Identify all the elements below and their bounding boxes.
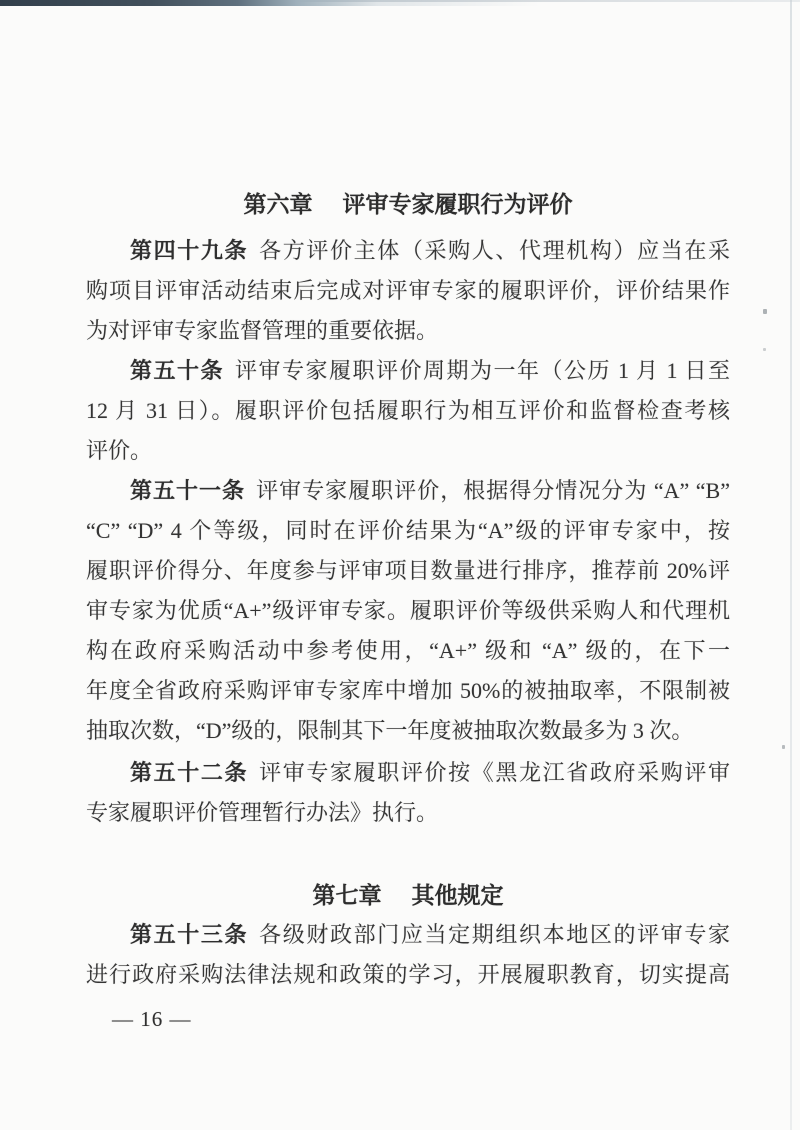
chapter-heading-7: 第七章其他规定 xyxy=(86,875,730,915)
scan-top-shadow-band xyxy=(0,0,540,6)
text-line: 第四十九条各方评价主体（采购人、代理机构）应当在采 xyxy=(86,231,730,271)
text-line: 年度全省政府采购评审专家库中增加 50%的被抽取率，不限制被 xyxy=(86,671,730,711)
article-text: 各方评价主体（采购人、代理机构）应当在采 xyxy=(259,238,730,263)
text-line: 为对评审专家监督管理的重要依据。 xyxy=(86,311,730,351)
chapter-title: 其他规定 xyxy=(412,882,504,908)
text-line: 构在政府采购活动中参考使用，“A+” 级和 “A” 级的，在下一 xyxy=(86,631,730,671)
article-number: 第五十二条 xyxy=(130,760,248,785)
text-line: 12 月 31 日）。履职评价包括履职行为相互评价和监督检查考核 xyxy=(86,391,730,431)
article-text: 评审专家履职评价周期为一年（公历 1 月 1 日至 xyxy=(235,358,730,383)
text-line: 评价。 xyxy=(86,431,730,471)
article-text: 各级财政部门应当定期组织本地区的评审专家 xyxy=(259,922,730,947)
text-line: 第五十一条评审专家履职评价，根据得分情况分为 “A” “B” xyxy=(86,471,730,511)
chapter-heading-6: 第六章评审专家履职行为评价 xyxy=(86,184,730,224)
text-line: 抽取次数，“D”级的，限制其下一年度被抽取次数最多为 3 次。 xyxy=(86,711,730,751)
text-line: 第五十二条评审专家履职评价按《黑龙江省政府采购评审 xyxy=(86,753,730,793)
document-page: 第六章评审专家履职行为评价 第四十九条各方评价主体（采购人、代理机构）应当在采 … xyxy=(0,0,800,1130)
article-text: 评审专家履职评价按《黑龙江省政府采购评审 xyxy=(259,760,730,785)
text-line: 进行政府采购法律法规和政策的学习，开展履职教育，切实提高 xyxy=(86,955,730,995)
text-line: 第五十三条各级财政部门应当定期组织本地区的评审专家 xyxy=(86,915,730,955)
scan-speck xyxy=(763,309,767,314)
text-line: 审专家为优质“A+”级评审专家。履职评价等级供采购人和代理机 xyxy=(86,591,730,631)
text-line: 购项目评审活动结束后完成对评审专家的履职评价，评价结果作 xyxy=(86,271,730,311)
article-number: 第五十条 xyxy=(130,358,224,383)
text-line: “C” “D” 4 个等级，同时在评价结果为“A”级的评审专家中，按 xyxy=(86,511,730,551)
text-line: 履职评价得分、年度参与评审项目数量进行排序，推荐前 20%评 xyxy=(86,551,730,591)
chapter-title: 评审专家履职行为评价 xyxy=(343,191,573,217)
article-text: 评审专家履职评价，根据得分情况分为 “A” “B” xyxy=(256,478,730,503)
text-line: 专家履职评价管理暂行办法》执行。 xyxy=(86,793,730,833)
page-number: — 16 — xyxy=(112,999,192,1039)
scan-speck xyxy=(782,745,785,749)
scan-right-edge-line xyxy=(790,0,792,1130)
article-number: 第五十三条 xyxy=(130,922,248,947)
article-number: 第五十一条 xyxy=(130,478,245,503)
chapter-number: 第六章 xyxy=(244,191,313,217)
text-line: 第五十条评审专家履职评价周期为一年（公历 1 月 1 日至 xyxy=(86,351,730,391)
article-number: 第四十九条 xyxy=(130,238,248,263)
scan-speck xyxy=(763,348,766,351)
chapter-number: 第七章 xyxy=(313,882,382,908)
